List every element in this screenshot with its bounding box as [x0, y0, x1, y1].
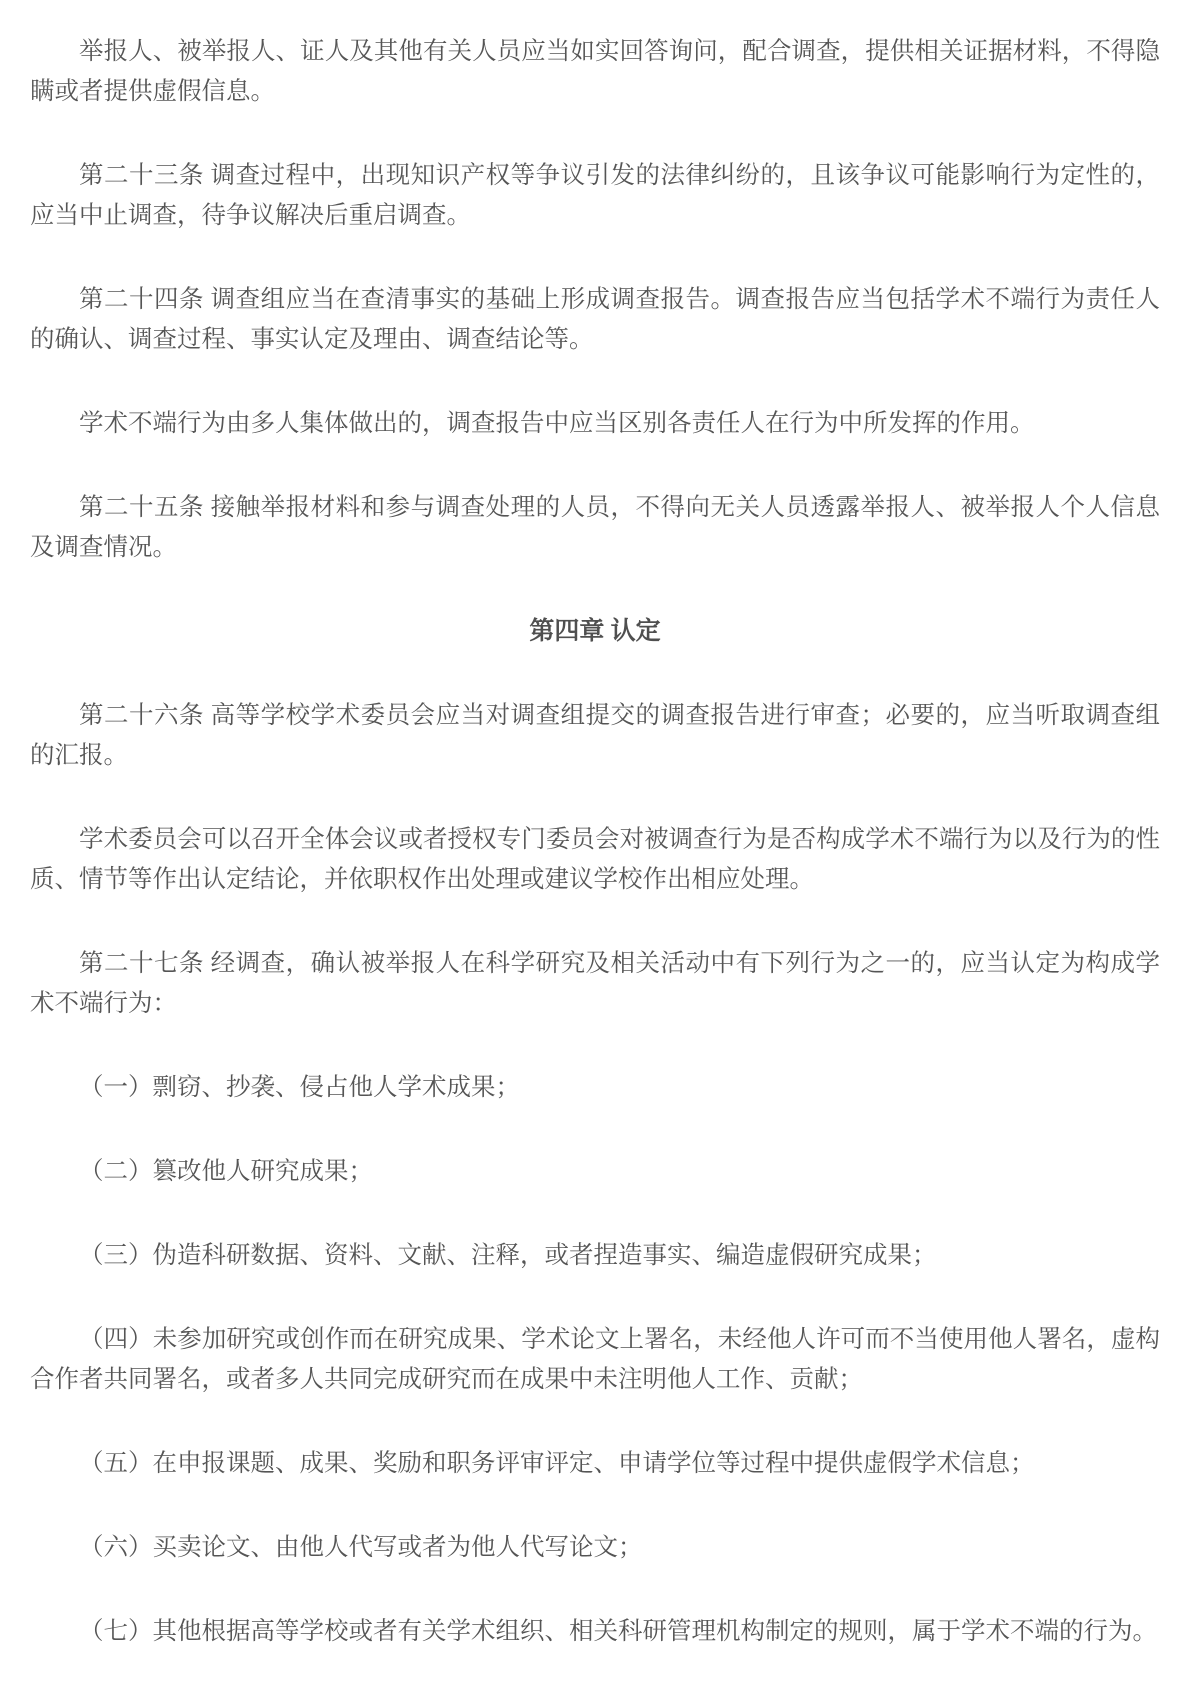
document-paragraph: 第二十三条 调查过程中，出现知识产权等争议引发的法律纠纷的，且该争议可能影响行为…	[30, 156, 1160, 236]
document-paragraph: （一）剽窃、抄袭、侵占他人学术成果；	[30, 1068, 1160, 1108]
document-paragraph: （二）篡改他人研究成果；	[30, 1152, 1160, 1192]
document-paragraph: 第二十七条 经调查，确认被举报人在科学研究及相关活动中有下列行为之一的，应当认定…	[30, 944, 1160, 1024]
document-paragraph: 学术委员会可以召开全体会议或者授权专门委员会对被调查行为是否构成学术不端行为以及…	[30, 820, 1160, 900]
document-paragraph: 第二十六条 高等学校学术委员会应当对调查组提交的调查报告进行审查；必要的，应当听…	[30, 696, 1160, 776]
document-paragraph: 第二十五条 接触举报材料和参与调查处理的人员，不得向无关人员透露举报人、被举报人…	[30, 488, 1160, 568]
document-paragraph: 学术不端行为由多人集体做出的，调查报告中应当区别各责任人在行为中所发挥的作用。	[30, 404, 1160, 444]
document-paragraph: （五）在申报课题、成果、奖励和职务评审评定、申请学位等过程中提供虚假学术信息；	[30, 1444, 1160, 1484]
chapter-heading: 第四章 认定	[30, 612, 1160, 652]
document-body: 举报人、被举报人、证人及其他有关人员应当如实回答询问，配合调查，提供相关证据材料…	[30, 0, 1160, 1652]
document-paragraph: （四）未参加研究或创作而在研究成果、学术论文上署名，未经他人许可而不当使用他人署…	[30, 1320, 1160, 1400]
document-paragraph: 举报人、被举报人、证人及其他有关人员应当如实回答询问，配合调查，提供相关证据材料…	[30, 32, 1160, 112]
document-paragraph: 第二十四条 调查组应当在查清事实的基础上形成调查报告。调查报告应当包括学术不端行…	[30, 280, 1160, 360]
document-paragraph: （三）伪造科研数据、资料、文献、注释，或者捏造事实、编造虚假研究成果；	[30, 1236, 1160, 1276]
document-paragraph: （七）其他根据高等学校或者有关学术组织、相关科研管理机构制定的规则，属于学术不端…	[30, 1612, 1160, 1652]
document-paragraph: （六）买卖论文、由他人代写或者为他人代写论文；	[30, 1528, 1160, 1568]
